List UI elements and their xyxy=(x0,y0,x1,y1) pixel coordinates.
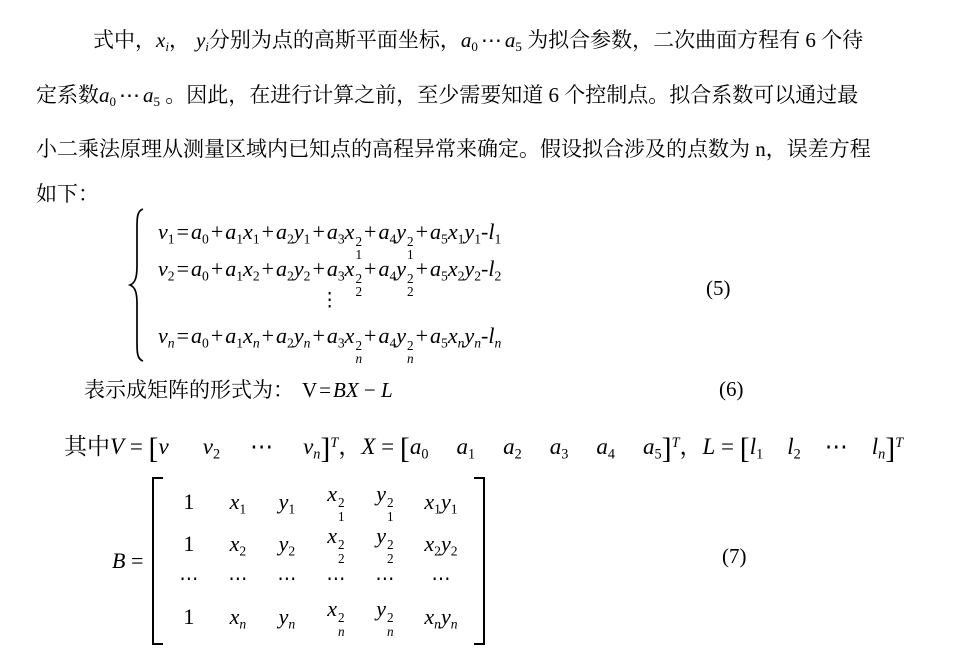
matrix-cell: y1 xyxy=(279,481,296,523)
b-matrix-grid: 1x1y1x21y21x1y11x2y2x22y22x2y2⋯⋯⋯⋯⋯⋯1xny… xyxy=(163,477,473,645)
matrix-cell: yn xyxy=(279,593,296,641)
matrix-cell: x2n xyxy=(327,593,344,641)
equation-number-6: (6) xyxy=(719,377,744,402)
matrix-cell: x1y1 xyxy=(424,481,457,523)
matrix-cell: y22 xyxy=(376,523,393,565)
matrix-cell: ⋯ xyxy=(431,565,450,593)
vector-definitions-line: 其中V = [vv2⋯vn]T，X = [a0a1a2a3a4a5]T，L = … xyxy=(64,424,903,470)
matrix-cell: ⋯ xyxy=(375,565,394,593)
matrix-cell: xnyn xyxy=(424,593,457,641)
paragraph-line-2: 定系数a0⋯a5 。因此，在进行计算之前，至少需要知道 6 个控制点。拟合系数可… xyxy=(36,68,946,122)
matrix-cell: ⋯ xyxy=(228,565,247,593)
matrix-cell: 1 xyxy=(183,593,194,641)
equation-rows: v1=a0+a1x1+a2y1+a3x21+a4y21+a5x1y1-l1 v2… xyxy=(158,213,501,357)
equation-number-7: (7) xyxy=(722,544,747,569)
equation-number-5: (5) xyxy=(706,276,731,301)
matrix-cell: y2n xyxy=(376,593,393,641)
matrix-cell: x22 xyxy=(327,523,344,565)
document-page: 式中，xi，yi分别为点的高斯平面坐标，a0⋯a5 为拟合参数，二次曲面方程有 … xyxy=(0,0,973,652)
matrix-cell: x1 xyxy=(230,481,247,523)
equation-row-v2: v2=a0+a1x2+a2y2+a3x22+a4y22+a5x2y2-l2 xyxy=(158,250,501,287)
matrix-cell: x2y2 xyxy=(424,523,457,565)
matrix-cell: x2 xyxy=(230,523,247,565)
matrix-cell: ⋯ xyxy=(179,565,198,593)
vertical-ellipsis: ⋮ xyxy=(158,287,501,315)
b-matrix-lhs: B = xyxy=(112,548,143,574)
b-matrix-equation: B = 1x1y1x21y21x1y11x2y2x22y22x2y2⋯⋯⋯⋯⋯⋯… xyxy=(112,477,485,645)
equation-row-vn: vn=a0+a1xn+a2yn+a3x2n+a4y2n+a5xnyn-ln xyxy=(158,315,501,357)
matrix-cell: y2 xyxy=(279,523,296,565)
matrix-cell: 1 xyxy=(183,523,194,565)
matrix-bracket-right xyxy=(474,477,485,645)
matrix-cell: xn xyxy=(230,593,247,641)
matrix-cell: ⋯ xyxy=(277,565,296,593)
left-brace-icon xyxy=(128,206,146,364)
equation-row-v1: v1=a0+a1x1+a2y1+a3x21+a4y21+a5x1y1-l1 xyxy=(158,213,501,250)
matrix-cell: x21 xyxy=(327,481,344,523)
error-equation-system-5: v1=a0+a1x1+a2y1+a3x21+a4y21+a5x1y1-l1 v2… xyxy=(128,206,501,364)
matrix-form-line: 表示成矩阵的形式为：V=BX − L xyxy=(84,374,393,406)
matrix-cell: ⋯ xyxy=(326,565,345,593)
matrix-bracket-left xyxy=(152,477,163,645)
paragraph-line-1: 式中，xi，yi分别为点的高斯平面坐标，a0⋯a5 为拟合参数，二次曲面方程有 … xyxy=(36,13,946,68)
matrix-cell: y21 xyxy=(376,481,393,523)
matrix-cell: 1 xyxy=(183,481,194,523)
body-paragraph: 式中，xi，yi分别为点的高斯平面坐标，a0⋯a5 为拟合参数，二次曲面方程有 … xyxy=(36,13,946,212)
paragraph-line-3: 小二乘法原理从测量区域内已知点的高程异常来确定。假设拟合涉及的点数为 n，误差方… xyxy=(36,122,946,176)
